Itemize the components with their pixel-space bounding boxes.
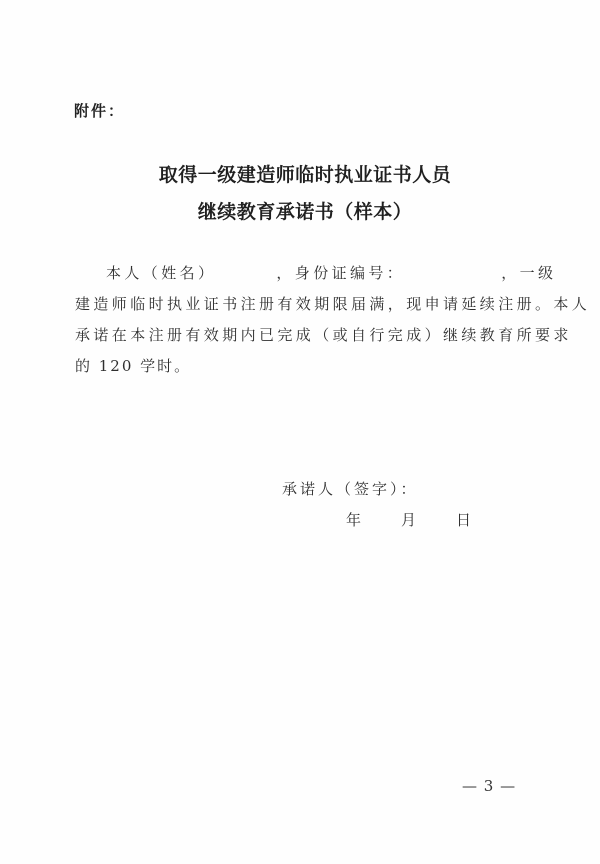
date-year-label: 年 xyxy=(346,509,361,530)
body-line-1: 本人（姓名），身份证编号：，一级 xyxy=(75,258,533,289)
body-line-2: 建造师临时执业证书注册有效期限届满，现申请延续注册。本人 xyxy=(75,289,533,320)
page-number: — 3 — xyxy=(462,777,516,795)
signature-label: 承诺人（签字）： xyxy=(282,478,419,499)
body-line-4: 的 120 学时。 xyxy=(75,351,533,382)
document-page: 附件： 取得一级建造师临时执业证书人员 继续教育承诺书（样本） 本人（姓名），身… xyxy=(0,0,600,864)
date-day-label: 日 xyxy=(456,509,471,530)
document-title-line-1: 取得一级建造师临时执业证书人员 xyxy=(5,160,600,187)
document-title-line-2: 继续教育承诺书（样本） xyxy=(5,197,600,224)
body-line-1-end: ，一级 xyxy=(501,264,556,282)
date-row: 年月日 xyxy=(346,509,471,530)
id-number-label: ，身份证编号： xyxy=(276,264,405,282)
date-month-label: 月 xyxy=(401,509,416,530)
name-label: 本人（姓名） xyxy=(106,264,216,282)
body-line-3: 承诺在本注册有效期内已完成（或自行完成）继续教育所要求 xyxy=(75,320,533,351)
attachment-label: 附件： xyxy=(74,100,125,121)
commitment-body: 本人（姓名），身份证编号：，一级 建造师临时执业证书注册有效期限届满，现申请延续… xyxy=(75,258,533,382)
